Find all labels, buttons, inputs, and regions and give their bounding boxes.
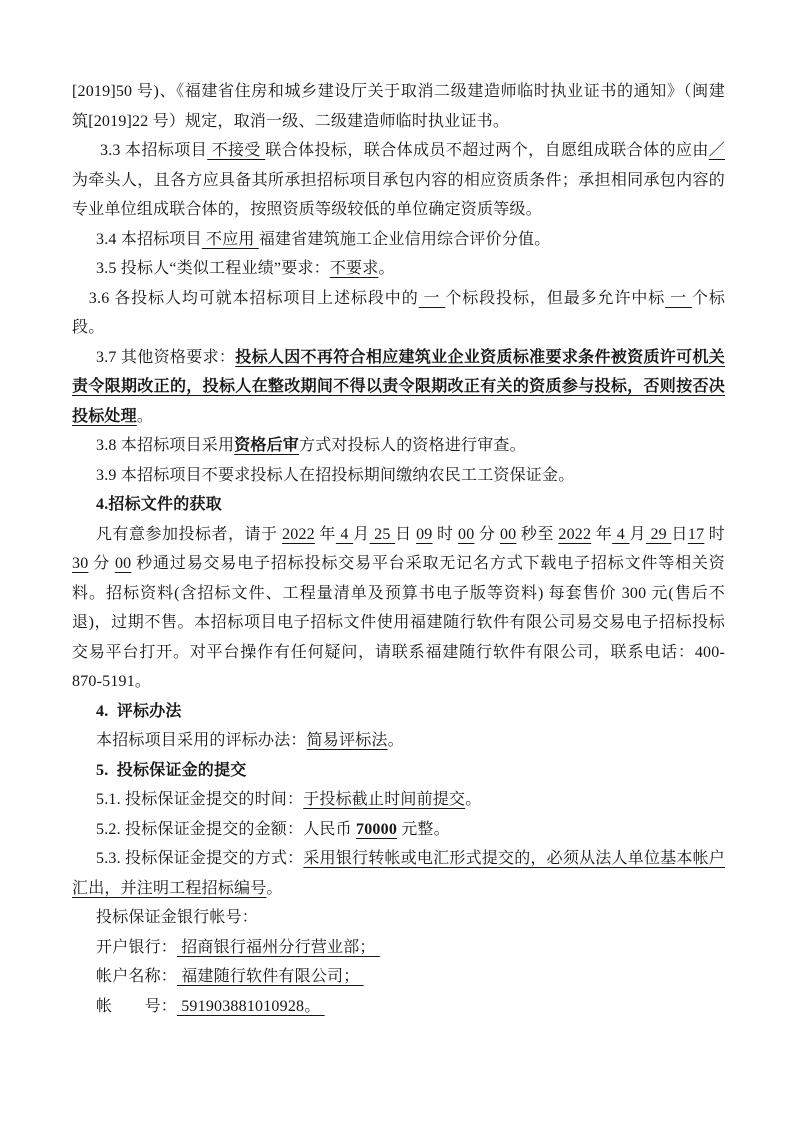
section-heading-text: 4.招标文件的获取 xyxy=(96,496,222,513)
start-month-value: 4 xyxy=(336,526,353,543)
end-day-value: 29 xyxy=(646,526,671,543)
bank-name-value: 招商银行福州分行营业部； xyxy=(177,939,380,956)
win-section-count-value: 一 xyxy=(665,290,692,307)
text-run: 。 xyxy=(388,732,404,749)
section-heading-text: 4. 评标办法 xyxy=(96,703,182,720)
document-body: [2019]50 号)、《福建省住房和城乡建设厅关于取消二级建造师临时执业证书的… xyxy=(72,77,725,1021)
text-run: 秒至 xyxy=(516,526,558,543)
text-run: 日 xyxy=(671,526,688,543)
start-day-value: 25 xyxy=(370,526,395,543)
start-hour-value: 09 xyxy=(416,526,432,543)
text-run: 。 xyxy=(378,260,394,277)
end-second-value: 00 xyxy=(115,555,131,572)
text-run: 时 xyxy=(704,526,725,543)
account-number-value: 591903881010928。 xyxy=(177,998,325,1015)
para-3-6-sections-allowed: 3.6 各投标人均可就本招标项目上述标段中的 一 个标段投标，但最多允许中标 一… xyxy=(72,284,725,343)
text-run: 3.8 本招标项目采用 xyxy=(96,437,234,454)
text-run: 年 xyxy=(315,526,336,543)
consortium-accept-value: 不接受 xyxy=(207,142,265,159)
para-3-7-other-qualification: 3.7 其他资格要求：投标人因不再符合相应建筑业企业资质标准要求条件被资质许可机… xyxy=(72,343,725,432)
start-minute-value: 00 xyxy=(458,526,474,543)
heading-4-document-acquisition: 4.招标文件的获取 xyxy=(72,490,725,520)
text-run: 分 xyxy=(474,526,500,543)
text-run: 分 xyxy=(88,555,115,572)
end-month-value: 4 xyxy=(612,526,629,543)
document-page: [2019]50 号)、《福建省住房和城乡建设厅关于取消二级建造师临时执业证书的… xyxy=(0,0,793,1122)
text-run: 。 xyxy=(465,791,481,808)
text-run: 5.3. 投标保证金提交的方式： xyxy=(96,850,303,867)
text-run: 本招标项目采用的评标办法： xyxy=(96,732,307,749)
similar-performance-value: 不要求 xyxy=(330,260,379,277)
para-3-8-qualification-review: 3.8 本招标项目采用资格后审方式对投标人的资格进行审查。 xyxy=(72,431,725,461)
bid-section-count-value: 一 xyxy=(419,290,446,307)
text-run: 月 xyxy=(353,526,370,543)
text-run: 。 xyxy=(137,408,153,425)
text-run: 。 xyxy=(266,880,282,897)
end-hour-value: 17 xyxy=(688,526,704,543)
para-3-9-migrant-wage-deposit: 3.9 本招标项目不要求投标人在招投标期间缴纳农民工工资保证金。 xyxy=(72,461,725,491)
text-run: 月 xyxy=(629,526,646,543)
para-document-acquisition-detail: 凡有意参加投标者，请于 2022 年 4 月 25 日 09 时 00 分 00… xyxy=(72,520,725,697)
text-run: 3.5 投标人“类似工程业绩”要求： xyxy=(96,260,330,277)
para-5-3-deposit-method: 5.3. 投标保证金提交的方式：采用银行转帐或电汇形式提交的，必须从法人单位基本… xyxy=(72,844,725,903)
text-run: [2019]50 号)、《福建省住房和城乡建设厅关于取消二级建造师临时执业证书的… xyxy=(72,83,725,130)
para-evaluation-method-detail: 本招标项目采用的评标办法：简易评标法。 xyxy=(72,726,725,756)
text-run: 投标保证金银行帐号： xyxy=(96,909,258,926)
text-run: 3.3 本招标项目 xyxy=(100,142,207,159)
consortium-leader-value: ／ xyxy=(709,142,725,159)
text-run: 为牵头人，且各方应具备其所承担招标项目承包内容的相应资质条件；承担相同承包内容的… xyxy=(72,172,725,219)
para-3-3-consortium-bidding: 3.3 本招标项目 不接受 联合体投标，联合体成员不超过两个，自愿组成联合体的应… xyxy=(72,136,725,225)
para-5-1-deposit-time: 5.1. 投标保证金提交的时间：于投标截止时间前提交。 xyxy=(72,785,725,815)
para-3-5-similar-performance: 3.5 投标人“类似工程业绩”要求：不要求。 xyxy=(72,254,725,284)
qualification-review-method-value: 资格后审 xyxy=(234,437,299,454)
para-deposit-account-name: 帐户名称： 福建随行软件有限公司； xyxy=(72,962,725,992)
text-run: 帐 号： xyxy=(96,998,177,1015)
evaluation-method-value: 简易评标法 xyxy=(307,732,388,749)
text-run: 3.9 本招标项目不要求投标人在招投标期间缴纳农民工工资保证金。 xyxy=(96,467,574,484)
para-5-2-deposit-amount: 5.2. 投标保证金提交的金额：人民币 70000 元整。 xyxy=(72,815,725,845)
text-run: 5.2. 投标保证金提交的金额：人民币 xyxy=(96,821,356,838)
para-regulation-reference: [2019]50 号)、《福建省住房和城乡建设厅关于取消二级建造师临时执业证书的… xyxy=(72,77,725,136)
text-run: 日 xyxy=(395,526,416,543)
text-run: 个标段投标，但最多允许中标 xyxy=(445,290,665,307)
heading-5-bid-deposit: 5. 投标保证金的提交 xyxy=(72,756,725,786)
start-year-value: 2022 xyxy=(282,526,315,543)
text-run: 凡有意参加投标者，请于 xyxy=(96,526,282,543)
account-name-value: 福建随行软件有限公司； xyxy=(177,968,364,985)
text-run: 5.1. 投标保证金提交的时间： xyxy=(96,791,303,808)
text-run: 年 xyxy=(591,526,612,543)
text-run: 福建省建筑施工企业信用综合评价分值。 xyxy=(259,231,551,248)
section-heading-text: 5. 投标保证金的提交 xyxy=(96,762,246,779)
text-run: 时 xyxy=(432,526,458,543)
start-second-value: 00 xyxy=(500,526,516,543)
deposit-amount-value: 70000 xyxy=(356,821,397,838)
text-run: 3.7 其他资格要求： xyxy=(96,349,235,366)
credit-score-apply-value: 不应用 xyxy=(202,231,259,248)
deposit-time-value: 于投标截止时间前提交 xyxy=(303,791,465,808)
end-minute-value: 30 xyxy=(72,555,88,572)
text-run: 联合体投标，联合体成员不超过两个，自愿组成联合体的应由 xyxy=(265,142,709,159)
text-run: 开户银行： xyxy=(96,939,177,956)
para-deposit-bank-name: 开户银行： 招商银行福州分行营业部； xyxy=(72,933,725,963)
end-year-value: 2022 xyxy=(558,526,591,543)
para-deposit-account-number: 帐 号： 591903881010928。 xyxy=(72,992,725,1022)
text-run: 3.6 各投标人均可就本招标项目上述标段中的 xyxy=(89,290,419,307)
text-run: 帐户名称： xyxy=(96,968,177,985)
para-deposit-bank-account-label: 投标保证金银行帐号： xyxy=(72,903,725,933)
text-run: 秒通过易交易电子招标投标交易平台采取无记名方式下载电子招标文件等相关资料。招标资… xyxy=(72,555,725,661)
text-run: 方式对投标人的资格进行审查。 xyxy=(299,437,526,454)
para-3-4-credit-score: 3.4 本招标项目 不应用 福建省建筑施工企业信用综合评价分值。 xyxy=(72,225,725,255)
heading-4-evaluation-method: 4. 评标办法 xyxy=(72,697,725,727)
text-run: 元整。 xyxy=(397,821,450,838)
text-run: 3.4 本招标项目 xyxy=(96,231,202,248)
